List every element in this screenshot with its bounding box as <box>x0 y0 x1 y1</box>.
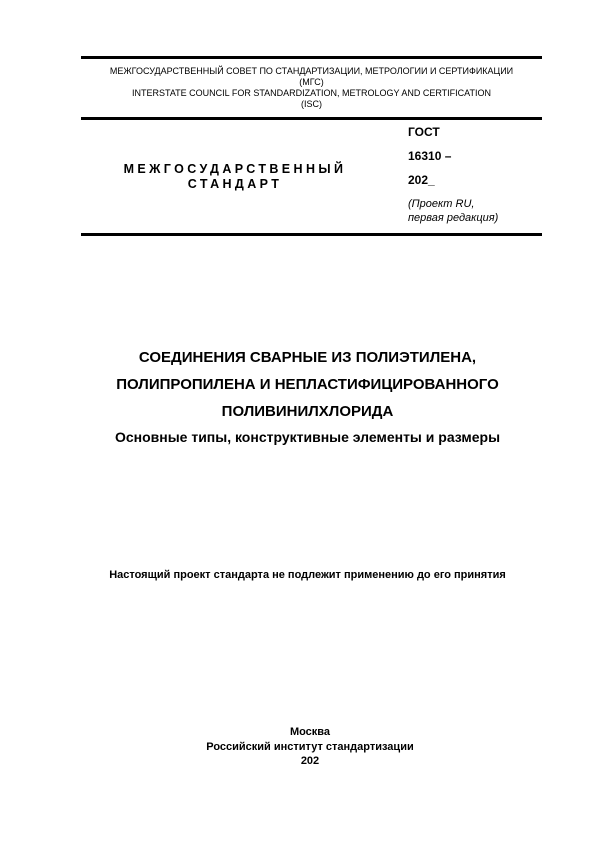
imprint-year: 202 <box>100 754 520 769</box>
council-name-ru: МЕЖГОСУДАРСТВЕННЫЙ СОВЕТ ПО СТАНДАРТИЗАЦ… <box>81 66 542 77</box>
council-abbr-ru: (МГС) <box>81 77 542 88</box>
title-line2: ПОЛИПРОПИЛЕНА И НЕПЛАСТИФИЦИРОВАННОГО <box>60 371 555 398</box>
standard-type-line1: МЕЖГОСУДАРСТВЕННЫЙ <box>100 162 370 177</box>
header-divider-rule <box>81 117 542 120</box>
gost-year: 202_ <box>408 173 435 187</box>
imprint-city: Москва <box>100 725 520 740</box>
standard-type: МЕЖГОСУДАРСТВЕННЫЙ СТАНДАРТ <box>100 162 370 192</box>
gost-number: 16310 – <box>408 149 451 163</box>
gost-label: ГОСТ <box>408 125 440 139</box>
document-title: СОЕДИНЕНИЯ СВАРНЫЕ ИЗ ПОЛИЭТИЛЕНА, ПОЛИП… <box>60 344 555 425</box>
council-name-en: INTERSTATE COUNCIL FOR STANDARDIZATION, … <box>81 88 542 99</box>
imprint-publisher: Российский институт стандартизации <box>100 740 520 755</box>
title-line1: СОЕДИНЕНИЯ СВАРНЫЕ ИЗ ПОЛИЭТИЛЕНА, <box>60 344 555 371</box>
imprint: Москва Российский институт стандартизаци… <box>100 725 520 769</box>
draft-note-line2: первая редакция) <box>408 211 498 225</box>
standard-type-line2: СТАНДАРТ <box>100 177 370 192</box>
bottom-header-rule <box>81 233 542 236</box>
title-line3: ПОЛИВИНИЛХЛОРИДА <box>60 398 555 425</box>
council-header: МЕЖГОСУДАРСТВЕННЫЙ СОВЕТ ПО СТАНДАРТИЗАЦ… <box>81 66 542 110</box>
document-subtitle: Основные типы, конструктивные элементы и… <box>40 428 575 446</box>
draft-note-line1: (Проект RU, <box>408 197 498 211</box>
council-abbr-en: (ISC) <box>81 99 542 110</box>
draft-note: (Проект RU, первая редакция) <box>408 197 498 225</box>
top-rule <box>81 56 542 59</box>
draft-notice: Настоящий проект стандарта не подлежит п… <box>40 569 575 582</box>
